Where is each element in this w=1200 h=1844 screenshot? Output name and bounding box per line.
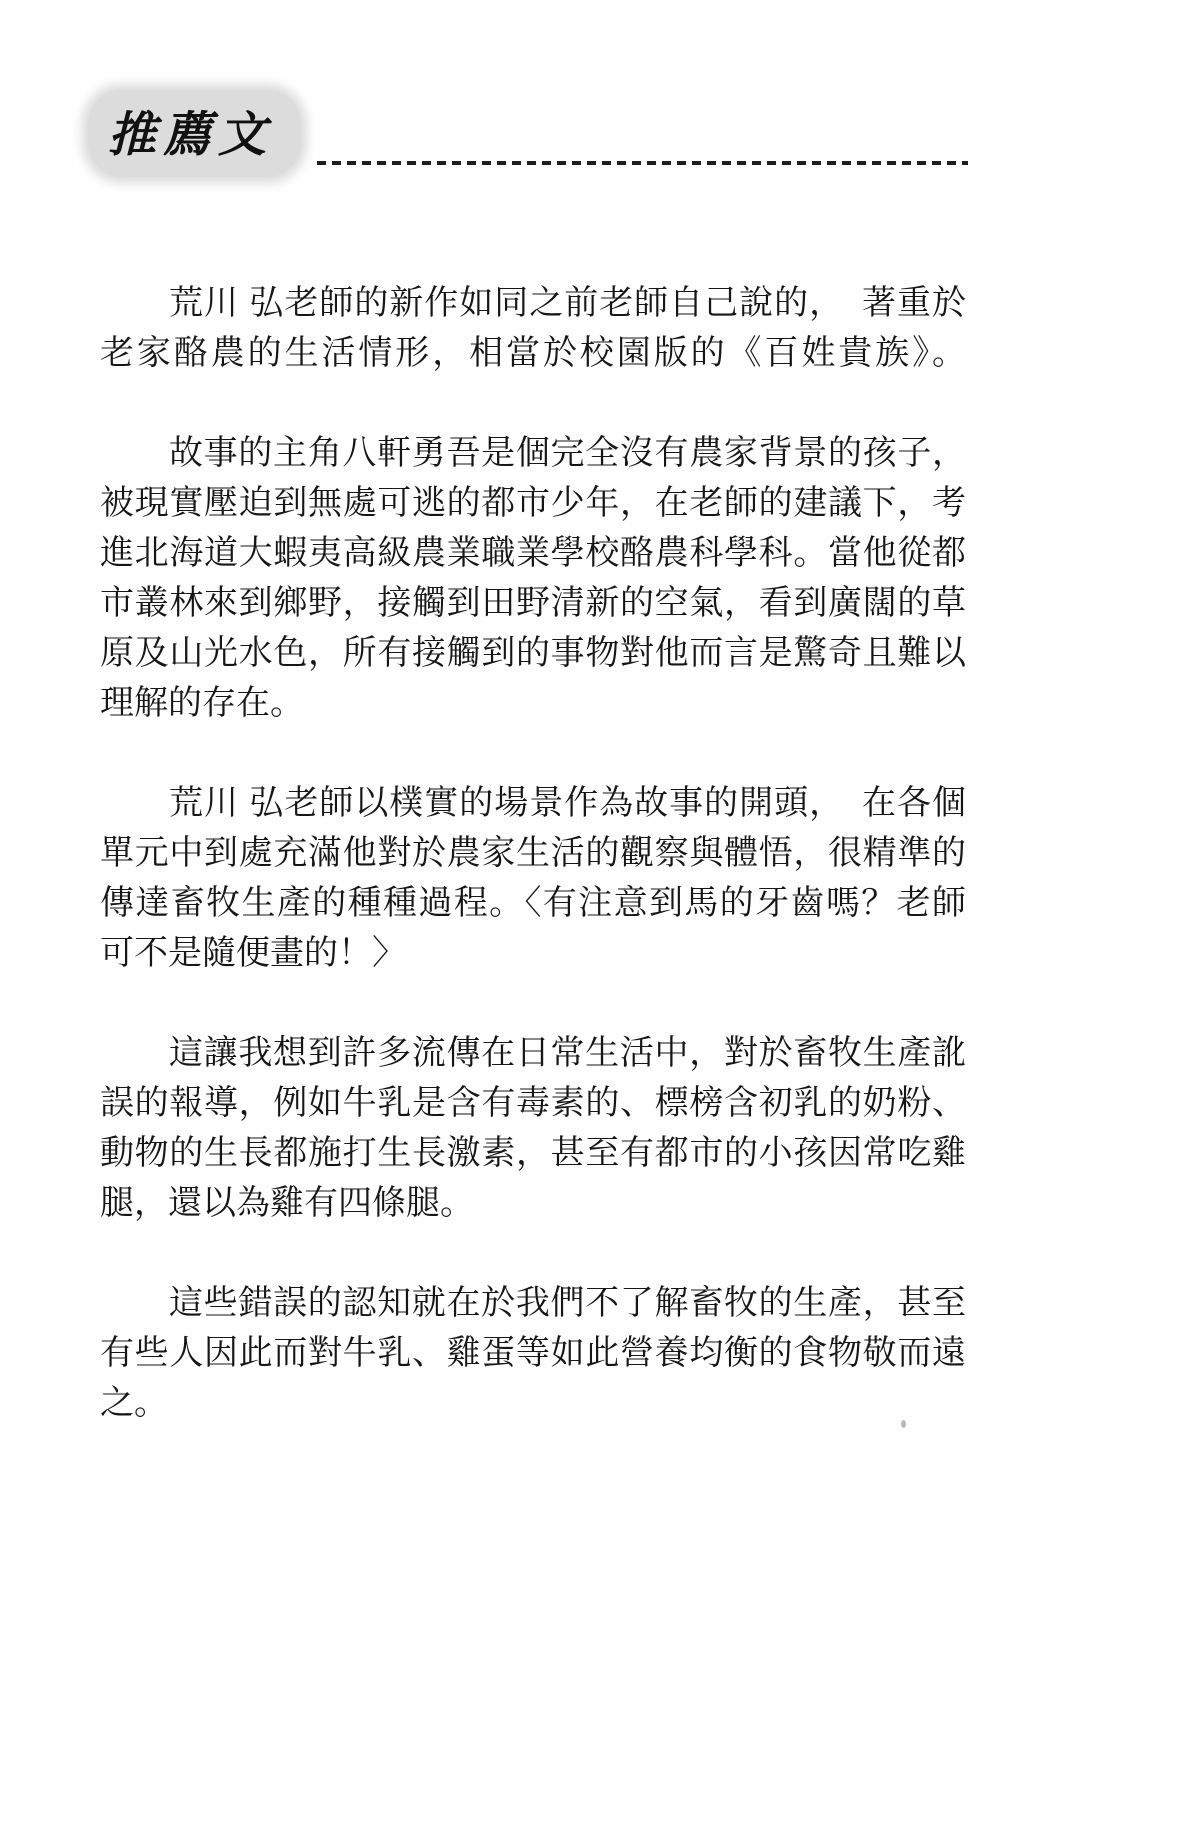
text-line: 荒川 弘老師的新作如同之前老師自己說的， 著重於 [100, 278, 966, 328]
paragraph: 這些錯誤的認知就在於我們不了解畜牧的生產，甚至 有些人因此而對牛乳、雞蛋等如此營… [100, 1278, 966, 1428]
text-line: 可不是隨便畫的！〉 [100, 928, 966, 978]
text-line: 這些錯誤的認知就在於我們不了解畜牧的生產，甚至 [100, 1278, 966, 1328]
text-line: 荒川 弘老師以樸實的場景作為故事的開頭， 在各個 [100, 778, 966, 828]
text-line: 理解的存在。 [100, 678, 966, 728]
text-line: 誤的報導，例如牛乳是含有毒素的、標榜含初乳的奶粉、 [100, 1078, 966, 1128]
text-line: 老家酪農的生活情形，相當於校園版的《百姓貴族》。 [100, 328, 966, 378]
paragraph: 荒川 弘老師的新作如同之前老師自己說的， 著重於 老家酪農的生活情形，相當於校園… [100, 278, 966, 378]
text-line: 腿，還以為雞有四條腿。 [100, 1178, 966, 1228]
text-line: 有些人因此而對牛乳、雞蛋等如此營養均衡的食物敬而遠 [100, 1328, 966, 1378]
paragraph: 這讓我想到許多流傳在日常生活中，對於畜牧生產訛 誤的報導，例如牛乳是含有毒素的、… [100, 1028, 966, 1228]
paragraph: 荒川 弘老師以樸實的場景作為故事的開頭， 在各個 單元中到處充滿他對於農家生活的… [100, 778, 966, 978]
text-line: 這讓我想到許多流傳在日常生活中，對於畜牧生產訛 [100, 1028, 966, 1078]
scan-speck [901, 1420, 906, 1428]
page-title: 推薦文 [88, 90, 301, 177]
text-line: 市叢林來到鄉野，接觸到田野清新的空氣，看到廣闊的草 [100, 578, 966, 628]
text-line: 原及山光水色，所有接觸到的事物對他而言是驚奇且難以 [100, 628, 966, 678]
text-line: 故事的主角八軒勇吾是個完全沒有農家背景的孩子， [100, 428, 966, 478]
book-page: 推薦文 荒川 弘老師的新作如同之前老師自己說的， 著重於 老家酪農的生活情形，相… [0, 0, 1200, 1844]
body-text: 荒川 弘老師的新作如同之前老師自己說的， 著重於 老家酪農的生活情形，相當於校園… [100, 278, 966, 1478]
text-line: 被現實壓迫到無處可逃的都市少年，在老師的建議下，考 [100, 478, 966, 528]
text-line: 傳達畜牧生產的種種過程。〈有注意到馬的牙齒嗎？老師 [100, 878, 966, 928]
text-line: 進北海道大蝦夷高級農業職業學校酪農科學科。當他從都 [100, 528, 966, 578]
dashed-divider [317, 161, 968, 165]
section-header: 推薦文 [88, 90, 968, 177]
paragraph: 故事的主角八軒勇吾是個完全沒有農家背景的孩子， 被現實壓迫到無處可逃的都市少年，… [100, 428, 966, 728]
text-line: 動物的生長都施打生長激素，甚至有都市的小孩因常吃雞 [100, 1128, 966, 1178]
text-line: 單元中到處充滿他對於農家生活的觀察與體悟，很精準的 [100, 828, 966, 878]
text-line: 之。 [100, 1378, 966, 1428]
